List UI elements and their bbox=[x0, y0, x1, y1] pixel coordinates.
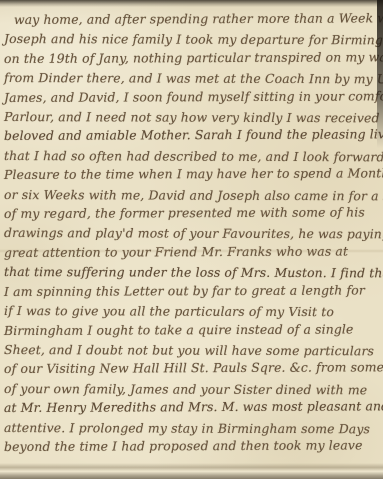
page-top-edge-shadow bbox=[0, 0, 383, 7]
page-bottom-edge bbox=[0, 463, 383, 479]
letter-line: of our Visiting New Hall Hill St. Pauls … bbox=[4, 358, 383, 379]
letter-page: way home, and after spending rather more… bbox=[0, 0, 383, 479]
letter-line: beyond the time I had proposed and then … bbox=[4, 435, 383, 456]
letter-line: Birmingham I ought to take a quire inste… bbox=[4, 319, 383, 340]
letter-line: on the 19th of Jany, nothing particular … bbox=[4, 47, 383, 68]
letter-line: at Mr. Henry Merediths and Mrs. M. was m… bbox=[4, 396, 383, 417]
letter-line: way home, and after spending rather more… bbox=[4, 8, 383, 29]
letter-line: I am spinning this Letter out by far to … bbox=[4, 280, 383, 301]
letter-line: Pleasure to the time when I may have her… bbox=[4, 164, 383, 185]
letter-line: James, and David, I soon found myself si… bbox=[4, 86, 383, 107]
letter-line: of my regard, the former presented me wi… bbox=[4, 202, 383, 223]
page-right-edge-shadow bbox=[377, 0, 383, 148]
paper-fold-crease bbox=[0, 249, 383, 253]
letter-line: beloved and amiable Mother. Sarah I foun… bbox=[4, 125, 383, 146]
letter-body: way home, and after spending rather more… bbox=[4, 10, 383, 456]
